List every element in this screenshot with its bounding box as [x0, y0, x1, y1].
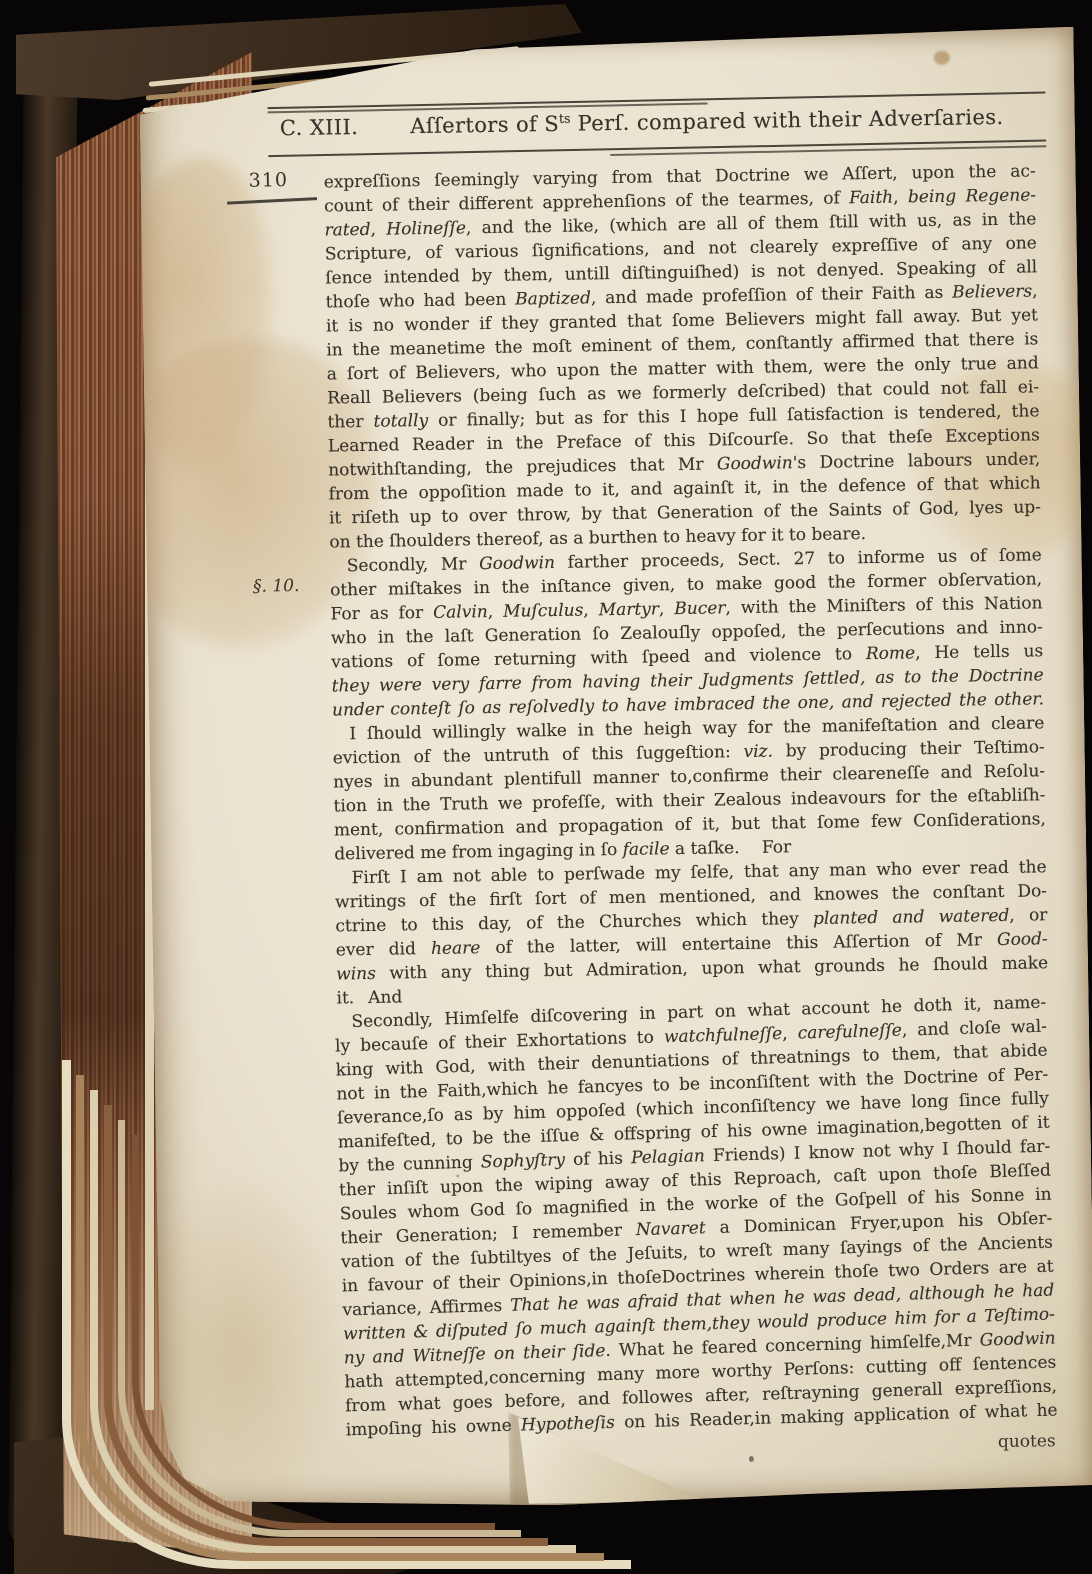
catchword: quotes: [998, 1431, 1056, 1452]
text-block: expreſſions ſeemingly varying from that …: [324, 159, 1056, 1442]
book-page: C. XIII. Aſſertors of Sts Perſ. compared…: [139, 27, 1092, 1512]
running-title: Aſſertors of Sts Perſ. compared with the…: [410, 104, 1004, 138]
photo-background: C. XIII. Aſſertors of Sts Perſ. compared…: [0, 0, 1092, 1574]
chapter-number: C. XIII.: [280, 115, 359, 140]
page-number: 310: [249, 169, 289, 192]
paragraph: Secondly, Mr Goodwin farther proceeds, S…: [330, 543, 1045, 722]
ink-speck: [749, 1456, 754, 1462]
paragraph: Firſt I am not able to perſwade my ſelfe…: [334, 855, 1048, 1010]
paragraph: Secondly, Himſelfe diſcovering in part o…: [334, 991, 1058, 1443]
section-mark: §. 10.: [253, 576, 300, 597]
paragraph: I ſhould willingly walke in the heigh wa…: [332, 711, 1046, 866]
paragraph: expreſſions ſeemingly varying from that …: [324, 159, 1042, 554]
fox-spot: [934, 51, 950, 65]
